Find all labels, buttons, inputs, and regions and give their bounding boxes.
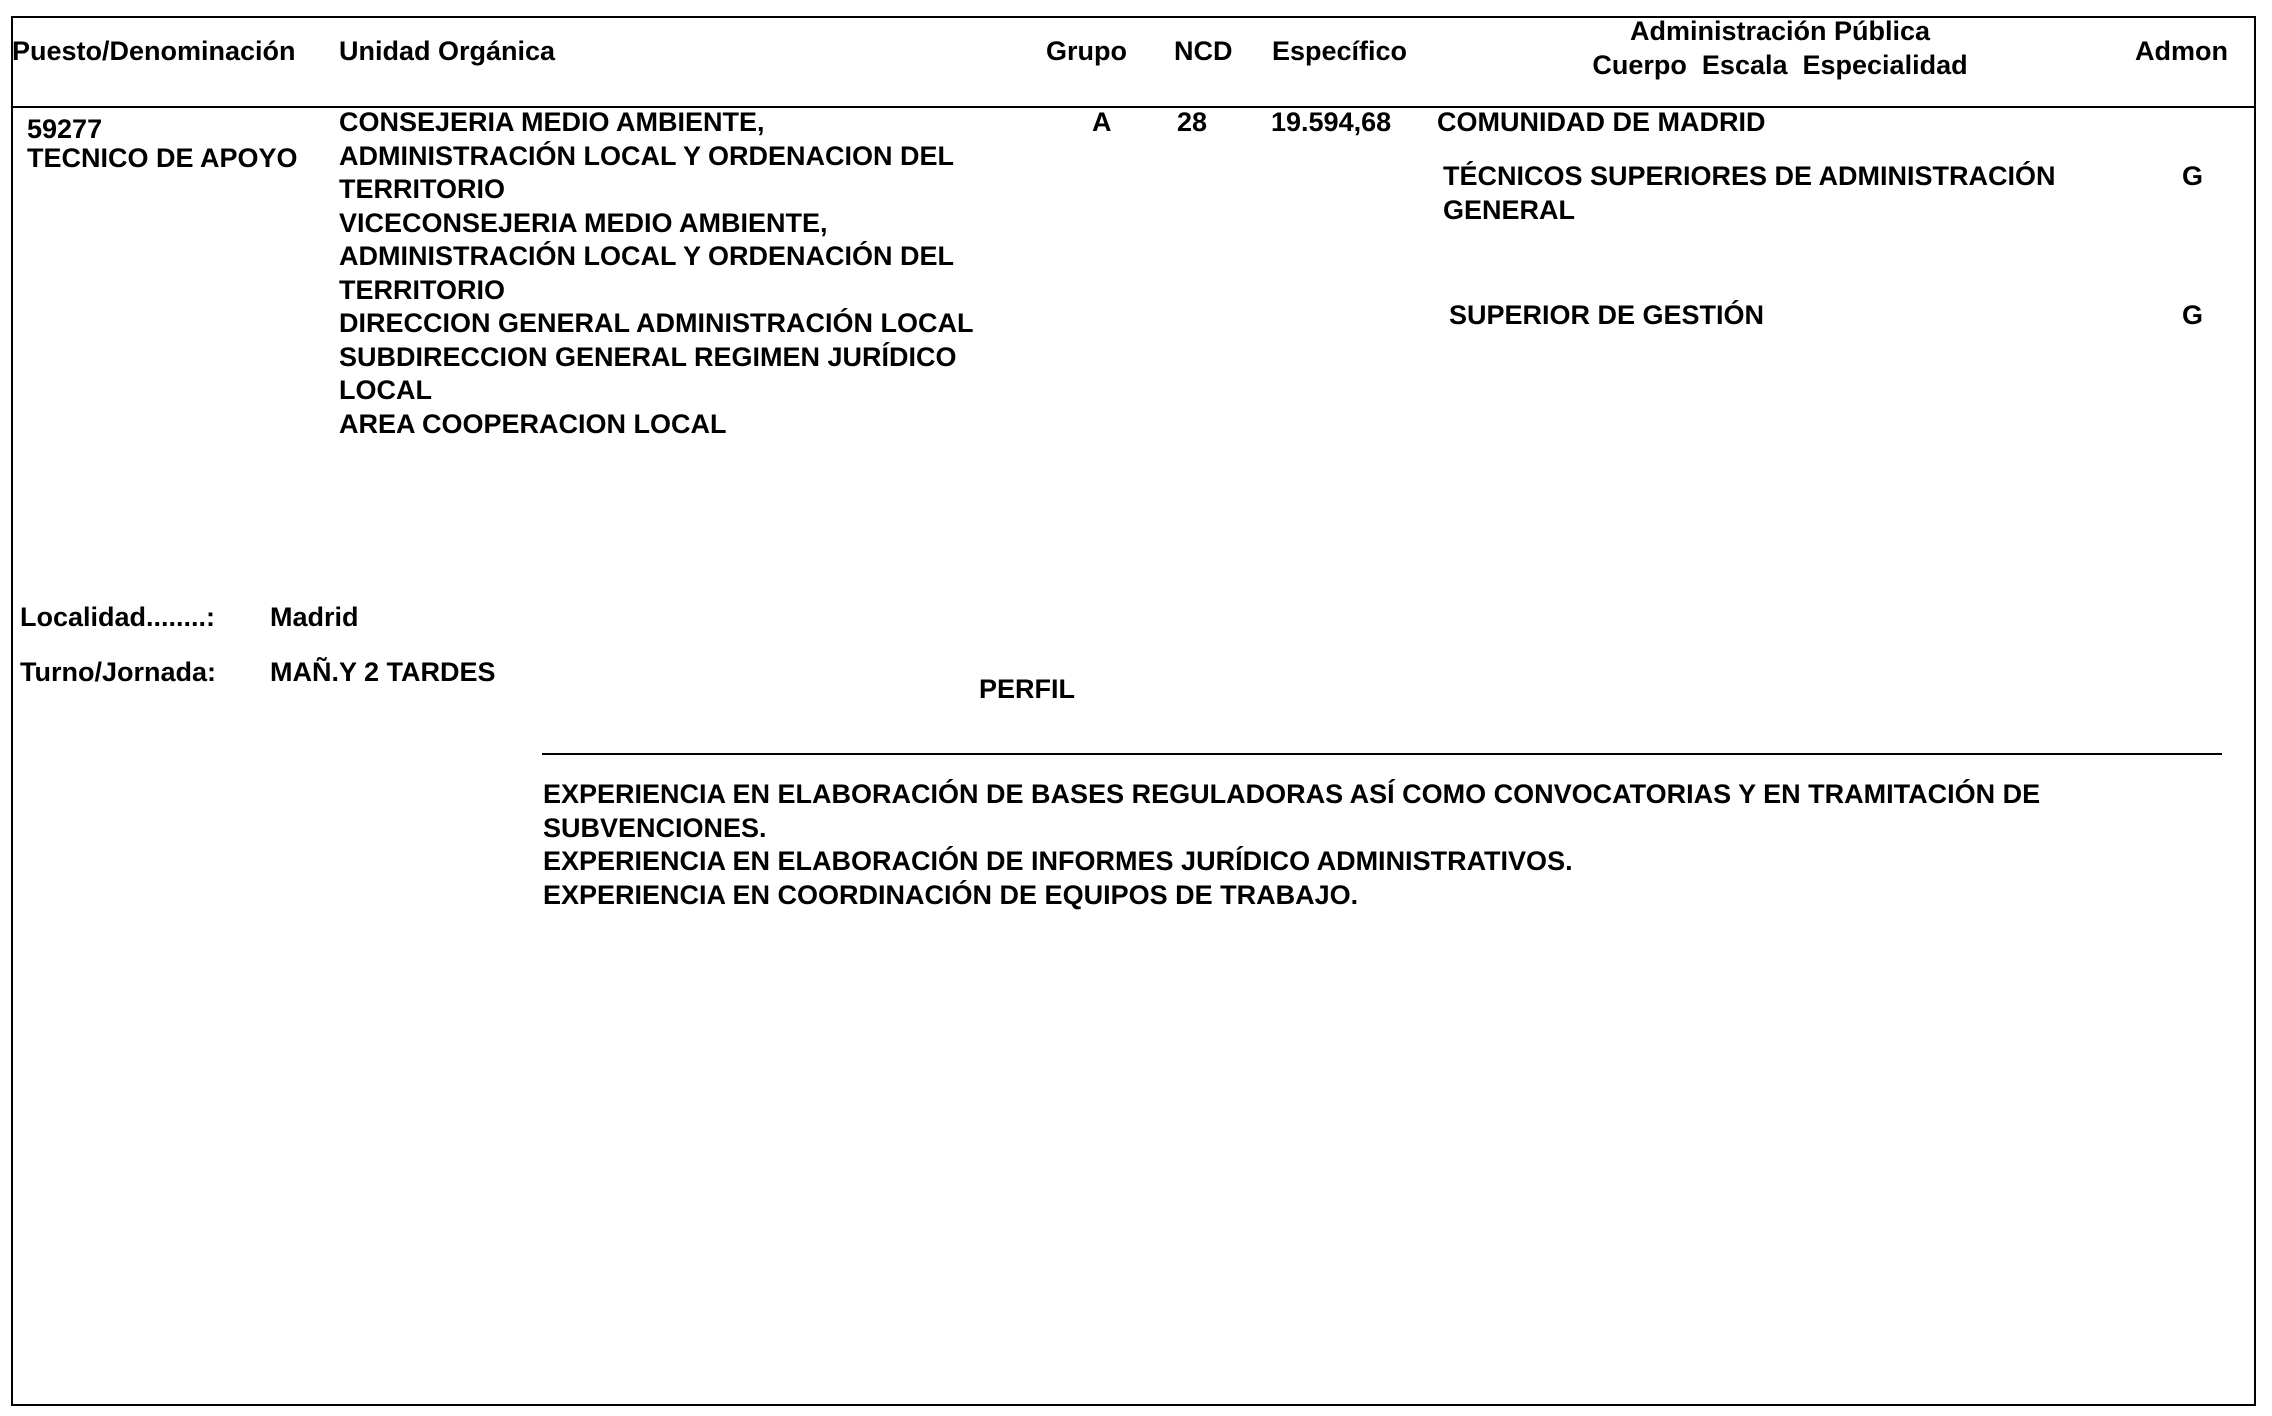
localidad-label: Localidad........: [20, 601, 215, 635]
header-cuerpo-escala-especialidad: Cuerpo Escala Especialidad [1520, 49, 2040, 83]
perfil-divider [542, 753, 2222, 755]
unidad-organica-list: CONSEJERIA MEDIO AMBIENTE, ADMINISTRACIÓ… [339, 106, 974, 441]
puesto-denominacion: TECNICO DE APOYO [27, 142, 298, 176]
header-grupo: Grupo [1046, 35, 1127, 69]
localidad-value: Madrid [270, 601, 359, 635]
grupo-value: A [1092, 106, 1112, 140]
turno-jornada-value: MAÑ.Y 2 TARDES [270, 656, 496, 690]
header-especifico: Específico [1272, 35, 1407, 69]
header-ncd: NCD [1174, 35, 1233, 69]
cuerpo-admon: G [2182, 160, 2203, 194]
cuerpo-item: SUPERIOR DE GESTIÓN [1449, 299, 1764, 333]
header-unidad-organica: Unidad Orgánica [339, 35, 555, 69]
puesto-codigo: 59277 [27, 117, 102, 141]
turno-jornada-label: Turno/Jornada: [20, 656, 216, 690]
perfil-requirements: EXPERIENCIA EN ELABORACIÓN DE BASES REGU… [543, 778, 2040, 912]
cuerpo-admon: G [2182, 299, 2203, 333]
header-puesto: Puesto/Denominación [12, 35, 296, 69]
administracion-value: COMUNIDAD DE MADRID [1437, 106, 1765, 140]
header-admon: Admon [2135, 35, 2228, 69]
header-administracion-publica: Administración Pública [1520, 15, 2040, 49]
perfil-title: PERFIL [979, 673, 1075, 707]
cuerpo-item: TÉCNICOS SUPERIORES DE ADMINISTRACIÓN GE… [1443, 160, 2056, 227]
ncd-value: 28 [1177, 106, 1207, 140]
especifico-value: 19.594,68 [1271, 106, 1391, 140]
